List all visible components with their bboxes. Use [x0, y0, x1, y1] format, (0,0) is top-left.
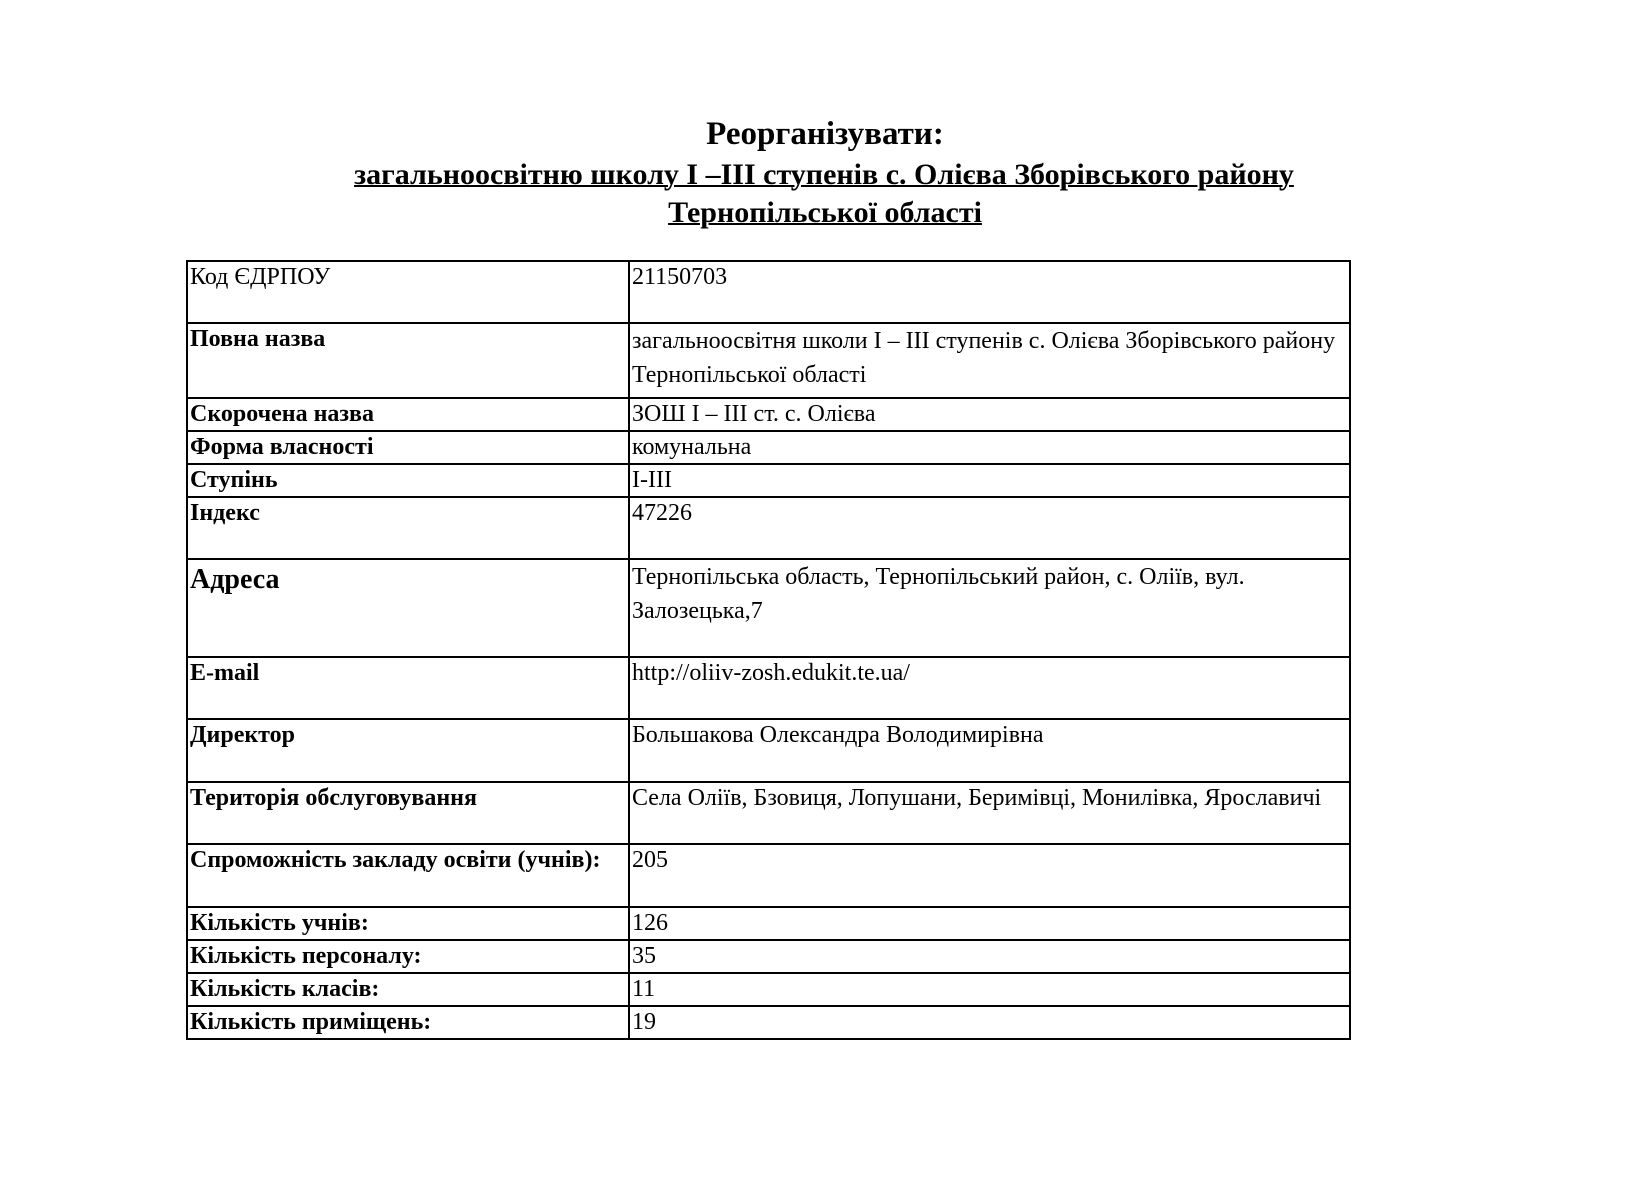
table-row: Кількість класів: 11	[187, 973, 1350, 1006]
row-label-staff: Кількість персоналу:	[187, 940, 629, 973]
table-row: Адреса Тернопільська область, Тернопільс…	[187, 559, 1350, 657]
row-value-ownership: комунальна	[629, 431, 1350, 464]
row-value-edrpou: 21150703	[629, 261, 1350, 323]
row-label-rooms: Кількість приміщень:	[187, 1006, 629, 1039]
row-label-service-territory: Територія обслуговування	[187, 782, 629, 844]
row-label-ownership: Форма власності	[187, 431, 629, 464]
row-label-classes: Кількість класів:	[187, 973, 629, 1006]
table-row: Кількість персоналу: 35	[187, 940, 1350, 973]
row-value-students: 126	[629, 907, 1350, 940]
row-label-email: E-mail	[187, 657, 629, 719]
row-value-full-name: загальноосвітня школи І – ІІІ ступенів с…	[629, 323, 1350, 398]
table-row: Спроможність закладу освіти (учнів): 205	[187, 844, 1350, 907]
row-value-short-name: ЗОШ І – ІІІ ст. с. Олієва	[629, 398, 1350, 431]
row-value-rooms: 19	[629, 1006, 1350, 1039]
row-label-address: Адреса	[187, 559, 629, 657]
table-row: Код ЄДРПОУ 21150703	[187, 261, 1350, 323]
table-row: Ступінь І-ІІІ	[187, 464, 1350, 497]
document-subtitle-line1: загальноосвітню школу І –ІІІ ступенів с.…	[0, 158, 1648, 192]
row-label-level: Ступінь	[187, 464, 629, 497]
row-value-postal-index: 47226	[629, 497, 1350, 559]
row-value-capacity: 205	[629, 844, 1350, 907]
row-label-full-name: Повна назва	[187, 323, 629, 398]
row-label-director: Директор	[187, 719, 629, 782]
row-value-address: Тернопільська область, Тернопільський ра…	[629, 559, 1350, 657]
table-row: E-mail http://oliiv-zosh.edukit.te.ua/	[187, 657, 1350, 719]
table-row: Кількість учнів: 126	[187, 907, 1350, 940]
table-row: Форма власності комунальна	[187, 431, 1350, 464]
document-title: Реорганізувати:	[0, 116, 1648, 153]
row-label-postal-index: Індекс	[187, 497, 629, 559]
table-row: Індекс 47226	[187, 497, 1350, 559]
school-info-table: Код ЄДРПОУ 21150703 Повна назва загально…	[186, 260, 1351, 1040]
row-label-students: Кількість учнів:	[187, 907, 629, 940]
row-label-short-name: Скорочена назва	[187, 398, 629, 431]
row-value-level: І-ІІІ	[629, 464, 1350, 497]
row-value-email: http://oliiv-zosh.edukit.te.ua/	[629, 657, 1350, 719]
table-row: Кількість приміщень: 19	[187, 1006, 1350, 1039]
row-label-capacity: Спроможність закладу освіти (учнів):	[187, 844, 629, 907]
table-row: Повна назва загальноосвітня школи І – ІІ…	[187, 323, 1350, 398]
row-value-director: Большакова Олександра Володимирівна	[629, 719, 1350, 782]
table-row: Скорочена назва ЗОШ І – ІІІ ст. с. Олієв…	[187, 398, 1350, 431]
row-value-staff: 35	[629, 940, 1350, 973]
row-value-service-territory: Села Оліїв, Бзовиця, Лопушани, Беримівці…	[629, 782, 1350, 844]
table-row: Територія обслуговування Села Оліїв, Бзо…	[187, 782, 1350, 844]
table-row: Директор Большакова Олександра Володимир…	[187, 719, 1350, 782]
row-value-classes: 11	[629, 973, 1350, 1006]
row-label-edrpou: Код ЄДРПОУ	[187, 261, 629, 323]
document-subtitle-line2: Тернопільської області	[0, 196, 1648, 230]
